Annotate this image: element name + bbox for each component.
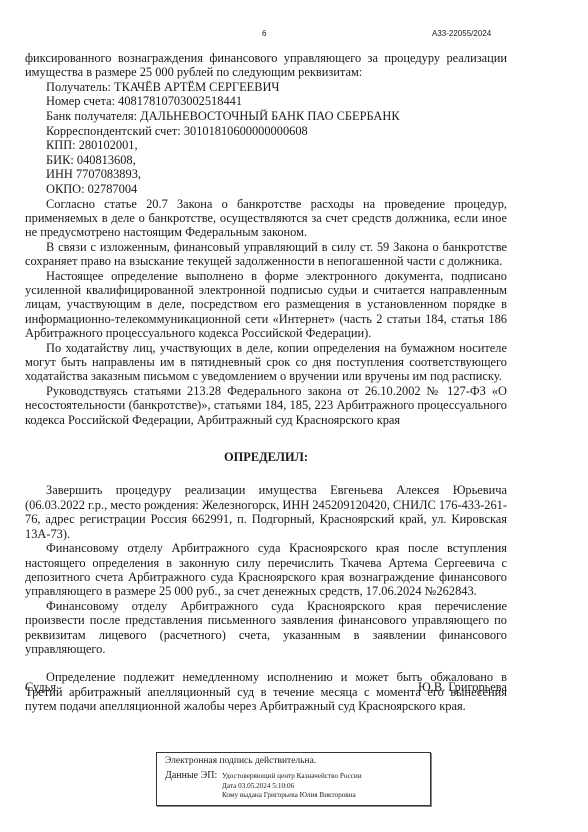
- ruling-complete-procedure: Завершить процедуру реализации имущества…: [25, 483, 507, 541]
- e-signature-date: Дата 03.05.2024 5:10:06: [222, 782, 362, 792]
- requisite-corr-account: Корреспондентский счет: 3010181060000000…: [25, 124, 507, 139]
- ruling-transfer-conditions: Финансовому отделу Арбитражного суда Кра…: [25, 599, 507, 657]
- requisite-bik: БИК: 040813608,: [25, 153, 507, 168]
- case-number: А33-22055/2024: [432, 29, 491, 38]
- paragraph-expenses: Согласно статье 20.7 Закона о банкротств…: [25, 197, 507, 240]
- judge-name: Ю.В. Григорьева: [418, 680, 507, 695]
- e-signature-owner: Кому выдана Григорьева Юлия Викторовна: [222, 791, 362, 801]
- page-number: 6: [262, 29, 266, 38]
- paragraph-guided-by: Руководствуясь статьями 213.28 Федеральн…: [25, 384, 507, 427]
- intro-paragraph: фиксированного вознаграждения финансовог…: [25, 51, 507, 80]
- e-signature-label: Данные ЭП:: [165, 770, 217, 781]
- requisite-bank: Банк получателя: ДАЛЬНЕВОСТОЧНЫЙ БАНК ПА…: [25, 109, 507, 124]
- spacer: [25, 656, 507, 670]
- ruling-heading: ОПРЕДЕЛИЛ:: [25, 450, 507, 464]
- paragraph-paper-copies: По ходатайству лиц, участвующих в деле, …: [25, 341, 507, 384]
- requisite-kpp: КПП: 280102001,: [25, 138, 507, 153]
- paragraph-debt-right: В связи с изложенным, финансовый управля…: [25, 240, 507, 269]
- e-signature-stamp: Электронная подпись действительна. Данны…: [156, 752, 431, 806]
- requisite-inn: ИНН 7707083893,: [25, 167, 507, 182]
- judge-title: Судья: [25, 680, 56, 695]
- e-signature-status: Электронная подпись действительна.: [165, 756, 316, 766]
- document-body: фиксированного вознаграждения финансовог…: [25, 51, 507, 714]
- e-signature-details: Удостоверяющий центр Казначейство России…: [222, 772, 362, 801]
- paragraph-electronic-form: Настоящее определение выполнено в форме …: [25, 269, 507, 341]
- requisite-okpo: ОКПО: 02787004: [25, 182, 507, 197]
- requisite-account: Номер счета: 40817810703002518441: [25, 94, 507, 109]
- signature-row: Судья Ю.В. Григорьева: [25, 680, 507, 695]
- e-signature-issuer: Удостоверяющий центр Казначейство России: [222, 772, 362, 782]
- ruling-transfer-fee: Финансовому отделу Арбитражного суда Кра…: [25, 541, 507, 599]
- requisite-recipient: Получатель: ТКАЧЁВ АРТЁМ СЕРГЕЕВИЧ: [25, 80, 507, 95]
- payment-requisites: Получатель: ТКАЧЁВ АРТЁМ СЕРГЕЕВИЧ Номер…: [25, 80, 507, 197]
